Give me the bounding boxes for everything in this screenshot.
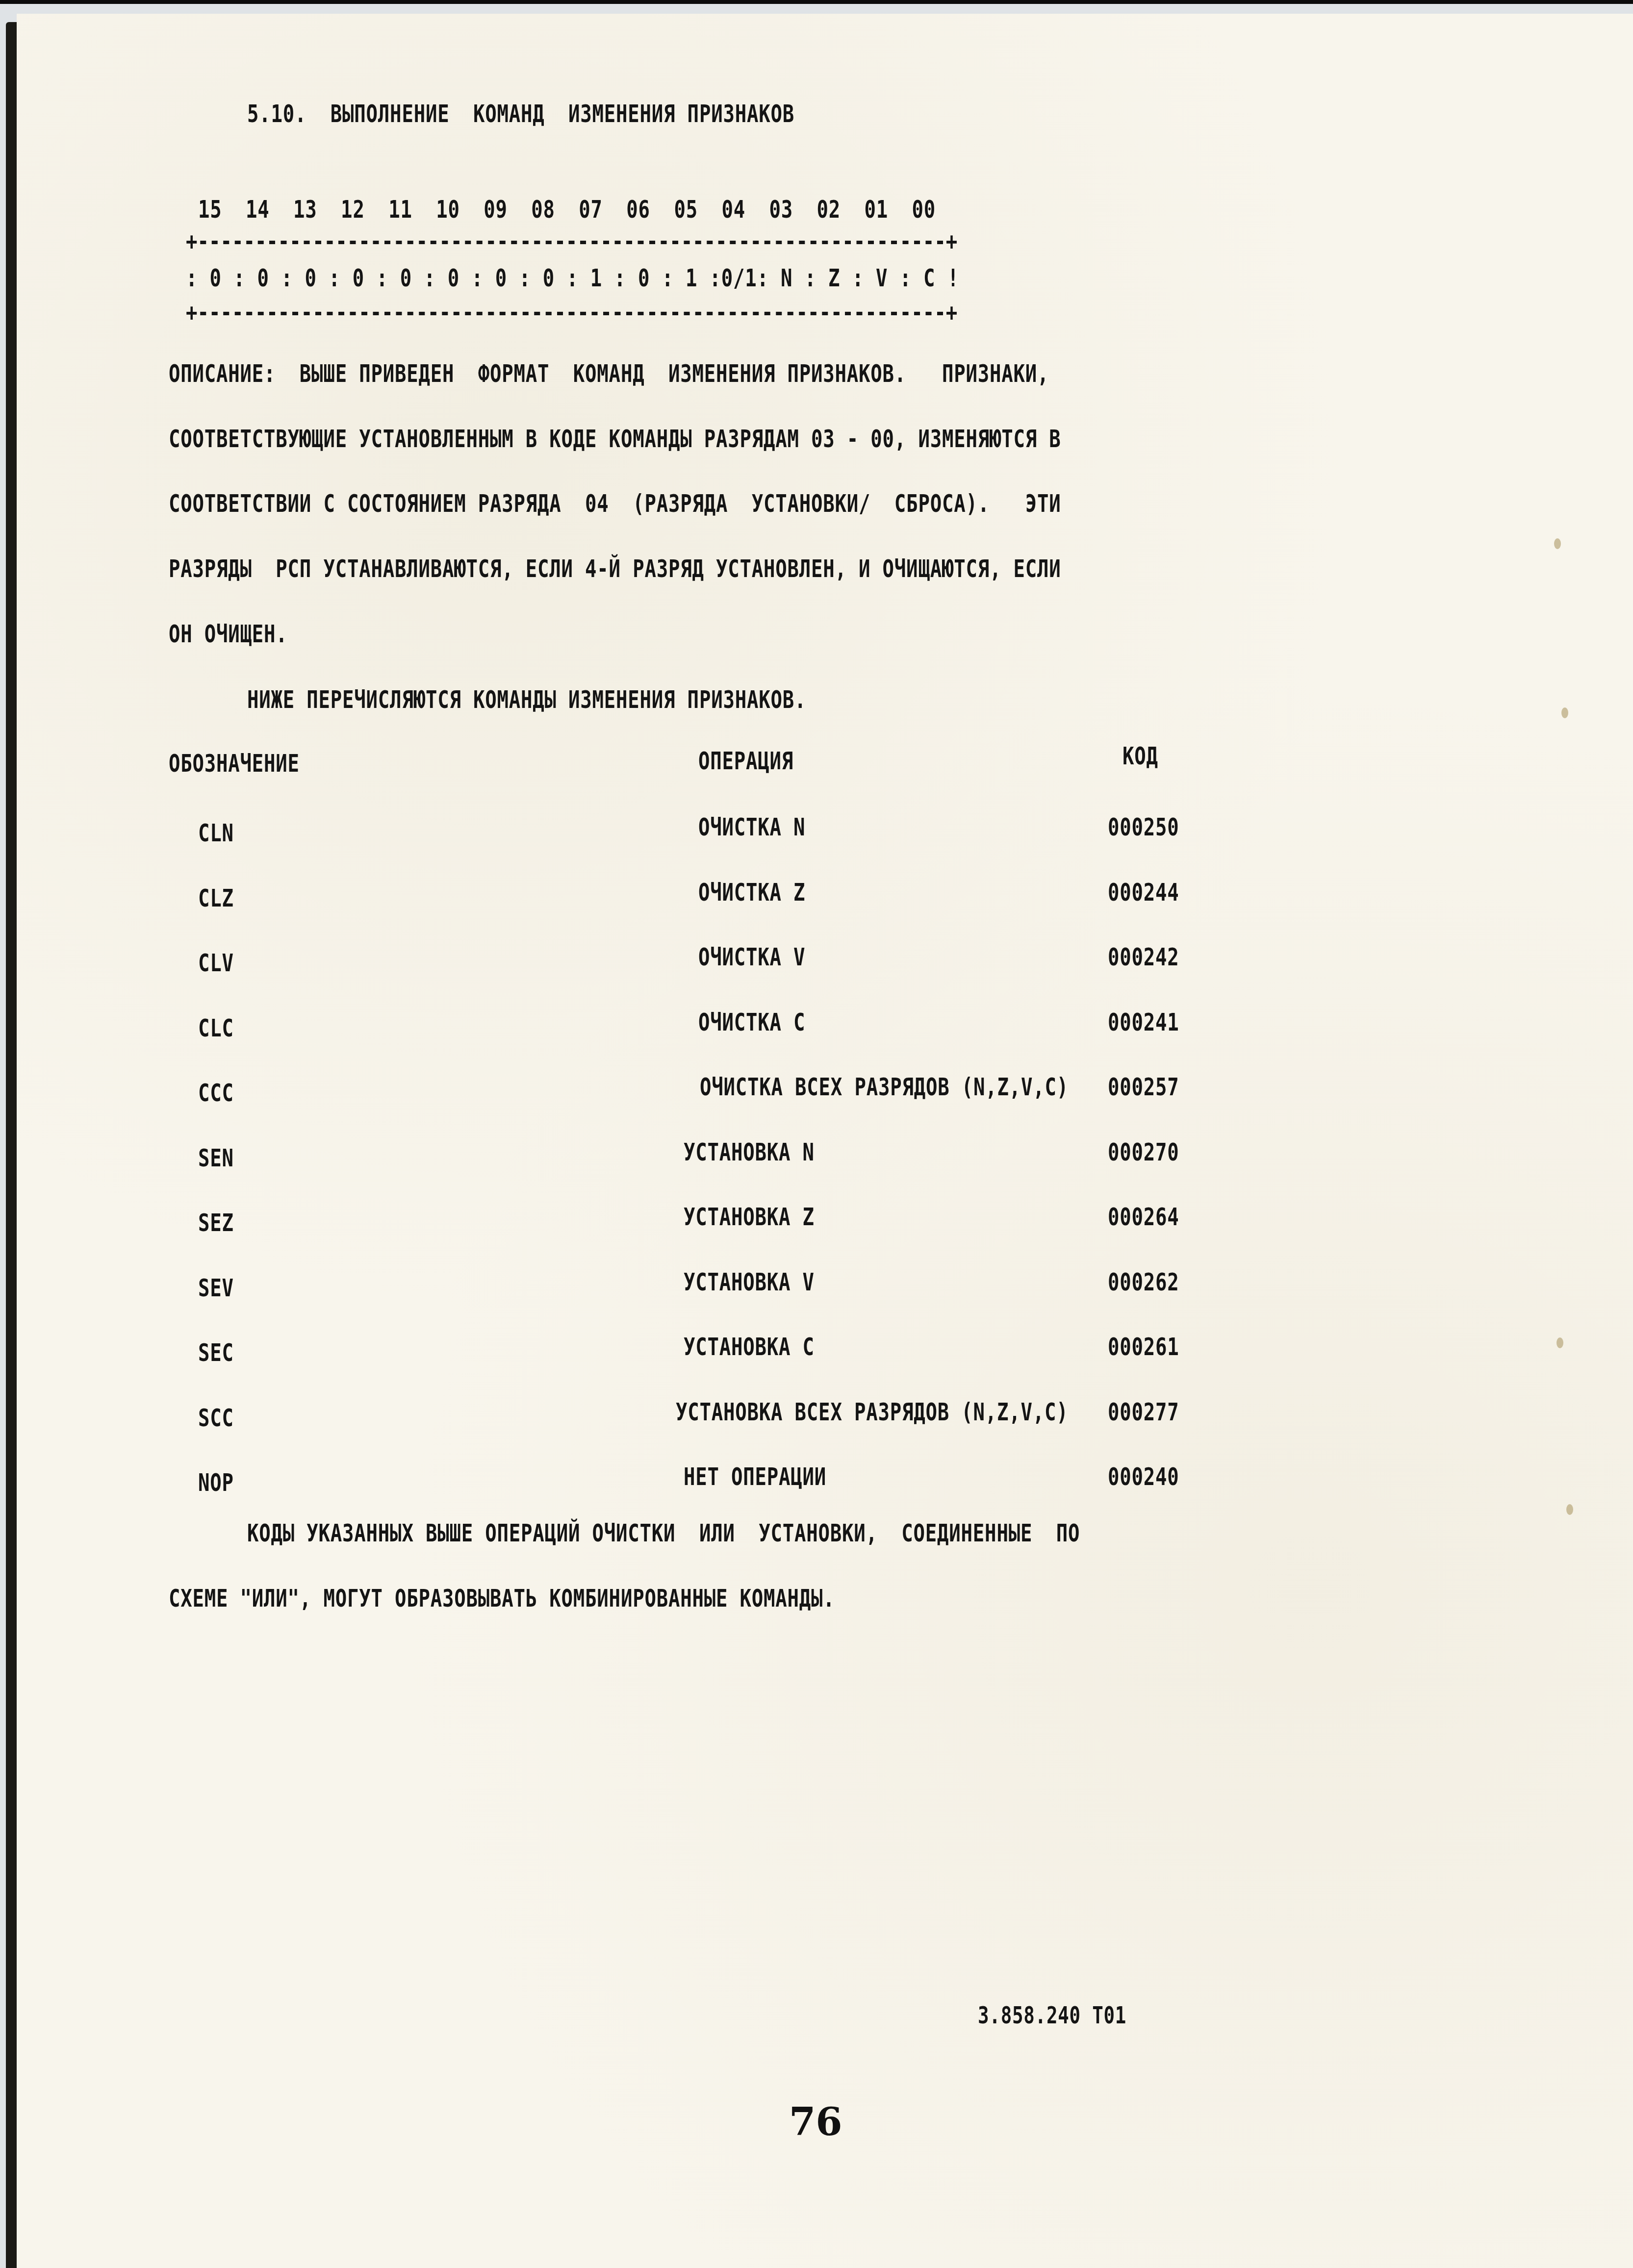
row-operation: УСТАНОВКА C [684,1333,815,1361]
row-code: 000261 [1108,1333,1179,1361]
list-intro: НИЖЕ ПЕРЕЧИСЛЯЮТСЯ КОМАНДЫ ИЗМЕНЕНИЯ ПРИ… [247,685,806,714]
row-code: 000257 [1108,1073,1179,1101]
row-symbol: CLZ [198,884,234,912]
closing-line: СХЕМЕ "ИЛИ", МОГУТ ОБРАЗОВЫВАТЬ КОМБИНИР… [169,1584,835,1613]
row-symbol: SEC [198,1338,234,1367]
row-symbol: CLC [198,1014,234,1042]
format-bottom-rule: +---------------------------------------… [186,298,957,327]
header-operation: ОПЕРАЦИЯ [698,747,793,775]
header-code: КОД [1123,742,1158,770]
row-operation: ОЧИСТКА ВСЕХ РАЗРЯДОВ (N,Z,V,C) [700,1073,1069,1101]
row-code: 000241 [1108,1008,1179,1036]
row-symbol: NOP [198,1468,234,1497]
description-line: СООТВЕТСТВИИ С СОСТОЯНИЕМ РАЗРЯДА 04 (РА… [169,489,1061,518]
row-code: 000250 [1108,813,1179,841]
row-code: 000242 [1108,943,1179,971]
description-line: СООТВЕТСТВУЮЩИЕ УСТАНОВЛЕННЫМ В КОДЕ КОМ… [169,425,1061,453]
binder-mark [1566,1504,1573,1515]
page-edge-shadow [6,22,17,2268]
row-operation: УСТАНОВКА ВСЕХ РАЗРЯДОВ (N,Z,V,C) [676,1398,1069,1426]
row-code: 000240 [1108,1462,1179,1491]
row-symbol: SCC [198,1404,234,1432]
row-operation: ОЧИСТКА Z [698,878,805,907]
row-operation: ОЧИСТКА C [698,1008,805,1036]
scanner-edge [0,0,1633,4]
section-title: 5.10. ВЫПОЛНЕНИЕ КОМАНД ИЗМЕНЕНИЯ ПРИЗНА… [247,100,794,128]
binder-mark [1556,1337,1563,1348]
document-page: 5.10. ВЫПОЛНЕНИЕ КОМАНД ИЗМЕНЕНИЯ ПРИЗНА… [17,14,1633,2268]
binder-mark [1554,538,1561,549]
document-code: 3.858.240 Т01 [978,2002,1126,2029]
row-code: 000270 [1108,1138,1179,1166]
bit-numbers-row: 15 14 13 12 11 10 09 08 07 06 05 04 03 0… [198,195,936,224]
description-line: ОПИСАНИЕ: ВЫШЕ ПРИВЕДЕН ФОРМАТ КОМАНД ИЗ… [169,359,1049,388]
row-symbol: CLV [198,949,234,977]
header-symbol: ОБОЗНАЧЕНИЕ [169,749,300,778]
row-symbol: SEN [198,1144,234,1172]
format-top-rule: +---------------------------------------… [186,227,957,255]
row-code: 000244 [1108,878,1179,907]
row-operation: УСТАНОВКА N [684,1138,815,1166]
row-code: 000277 [1108,1398,1179,1426]
binder-mark [1561,707,1568,718]
description-line: ОН ОЧИЩЕН. [169,620,288,648]
row-code: 000262 [1108,1268,1179,1296]
row-symbol: CCC [198,1079,234,1107]
row-code: 000264 [1108,1203,1179,1231]
row-operation: ОЧИСТКА V [698,943,805,971]
row-symbol: CLN [198,819,234,847]
row-symbol: SEV [198,1274,234,1302]
row-symbol: SEZ [198,1209,234,1237]
row-operation: УСТАНОВКА V [684,1268,815,1296]
row-operation: НЕТ ОПЕРАЦИИ [684,1462,826,1491]
row-operation: УСТАНОВКА Z [684,1203,815,1231]
closing-line: КОДЫ УКАЗАННЫХ ВЫШЕ ОПЕРАЦИЙ ОЧИСТКИ ИЛИ… [247,1519,1080,1547]
bit-values-row: : 0 : 0 : 0 : 0 : 0 : 0 : 0 : 0 : 1 : 0 … [186,264,959,292]
description-line: РАЗРЯДЫ РСП УСТАНАВЛИВАЮТСЯ, ЕСЛИ 4-Й РА… [169,554,1061,583]
page-number: 76 [789,2100,842,2144]
row-operation: ОЧИСТКА N [698,813,805,841]
